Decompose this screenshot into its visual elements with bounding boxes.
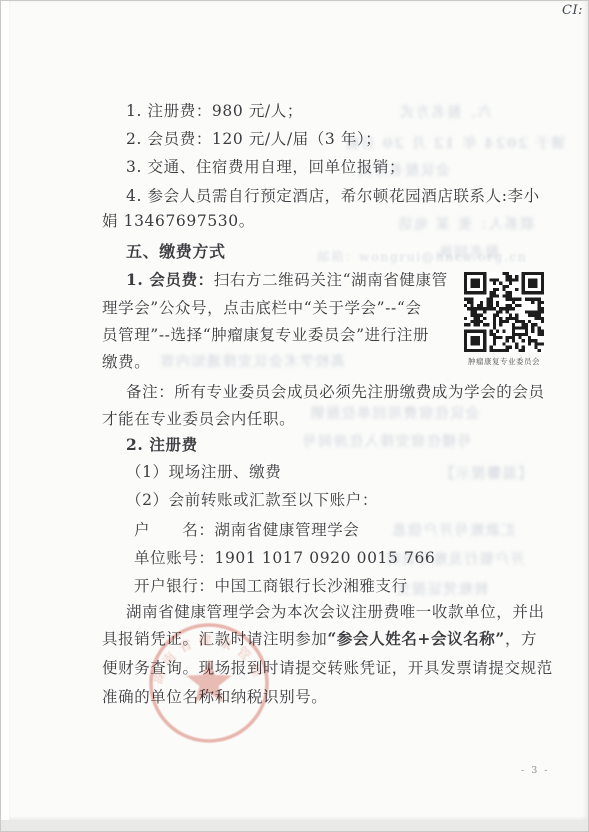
bleedthrough-text: 【温馨提示】 <box>439 463 532 483</box>
paper-sheet: 六、报名方式 请于 2024 年 12 月 20 日前 会议报名方式 联系人：张… <box>9 1 588 820</box>
bleedthrough-text: 汇款账号开户信息 <box>391 520 515 540</box>
fee-item-hotel-line1: 4. 参会人员需自行预定酒店，希尔顿花园酒店联系人:李小 <box>126 186 540 206</box>
official-seal: 湖南省健康管理学会 <box>139 617 279 757</box>
scan-edge <box>1 820 589 832</box>
fee-item-hotel-line2: 娟 13467697530。 <box>102 211 255 231</box>
qr-caption: 肿瘤康复专业委员会 <box>453 356 555 367</box>
scan-margin <box>1 1 9 820</box>
note-line2: 才能在专业委员会内任职。 <box>102 409 295 429</box>
scanned-document-page: 六、报名方式 请于 2024 年 12 月 20 日前 会议报名方式 联系人：张… <box>0 0 589 832</box>
qr-code-image <box>464 272 544 352</box>
note-line1: 备注：所有专业委员会成员必须先注册缴费成为学会的会员 <box>126 382 545 402</box>
member-fee-label: 1. 会员费： <box>126 270 214 289</box>
bleedthrough-text: 六、报名方式 <box>399 102 492 122</box>
seal-star-icon <box>186 659 232 702</box>
corner-handwriting: CI: <box>562 3 583 18</box>
bleedthrough-text: 邮箱：wongrui@hnca.org.cn <box>317 247 527 265</box>
qr-code <box>464 272 544 352</box>
bleedthrough-text: 联系人：张 某 电话 <box>397 214 534 234</box>
member-fee-line3: 员管理”--选择“肿瘤康复专业委员会”进行注册 <box>102 325 429 345</box>
member-fee-line2: 理学会”公众号，点击底栏中“关于学会”--“会 <box>102 298 421 318</box>
reg-option-onsite: （1）现场注册、缴费 <box>126 462 281 482</box>
reg-fee-title: 2. 注册费 <box>126 435 198 455</box>
member-fee-line4: 缴费。 <box>102 352 150 372</box>
account-number: 单位账号：1901 1017 0920 0015 766 <box>134 548 435 568</box>
account-name: 户 名：湖南省健康管理学会 <box>134 520 359 540</box>
bleedthrough-text: 转账凭证提交 <box>395 579 488 599</box>
emphasis-remit-note: “参会人姓名+会议名称” <box>327 629 505 648</box>
member-fee-line1: 1. 会员费：扫右方二维码关注“湖南省健康管 <box>126 270 448 290</box>
fee-item-registration: 1. 注册费：980 元/人； <box>126 101 303 121</box>
page-number: - 3 - <box>521 765 550 776</box>
bleedthrough-text: 号楼住宿安排入住房间号 <box>301 431 472 451</box>
fee-item-travel: 3. 交通、住宿费用自理，回单位报销； <box>126 157 405 177</box>
bleedthrough-text: 会议住宿费用回单位报销 <box>309 403 480 423</box>
bleedthrough-text: 高校学术会议安排通知内容 <box>159 351 345 371</box>
section-title-payment: 五、缴费方式 <box>126 242 226 262</box>
reg-option-transfer: （2）会前转账或汇款至以下账户： <box>126 490 378 510</box>
bank-name: 开户银行：中国工商银行长沙湘雅支行 <box>134 576 408 596</box>
fee-item-membership: 2. 会员费：120 元/人/届（3 年）； <box>126 129 381 149</box>
